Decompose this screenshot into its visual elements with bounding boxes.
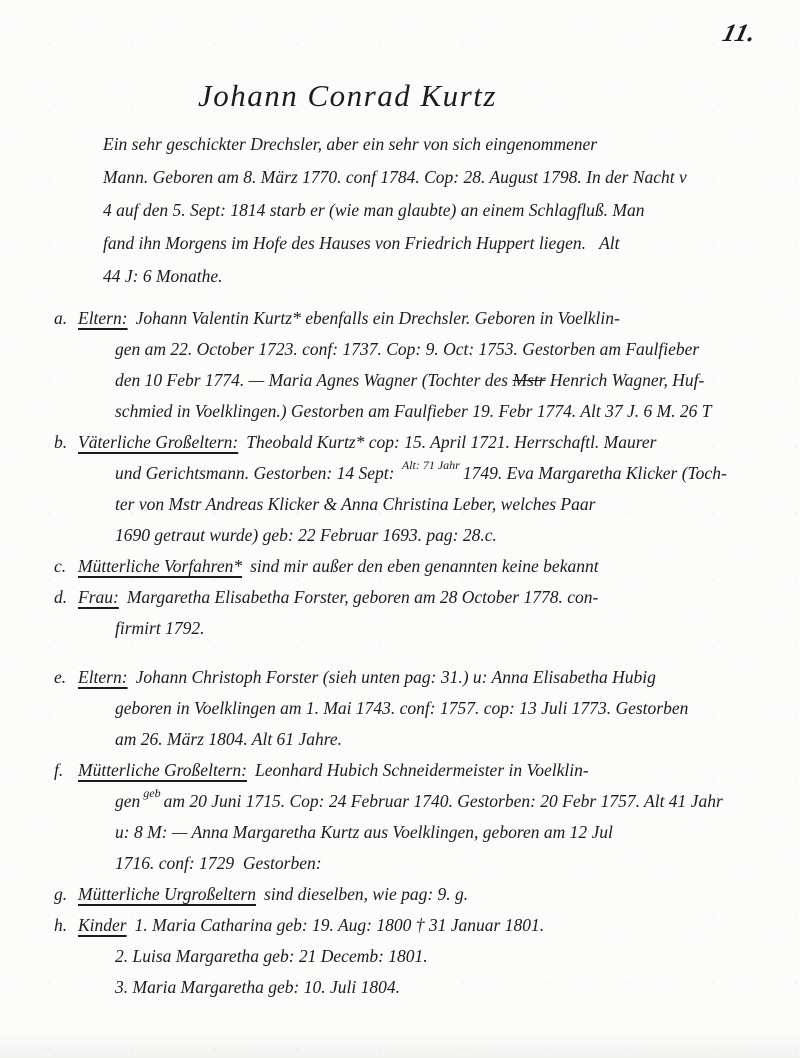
text-line: ter von Mstr Andreas Klicker & Anna Chri…	[115, 489, 794, 520]
section-e-wife-parents: e. Eltern:Johann Christoph Forster (sieh…	[0, 662, 794, 755]
text-line: Eltern:Johann Valentin Kurtz* ebenfalls …	[78, 303, 794, 334]
text-run: den 10 Febr 1774. — Maria Agnes Wagner (…	[115, 370, 512, 390]
text-line: Mütterliche Großeltern:Leonhard Hubich S…	[78, 755, 794, 786]
text-run: 1749. Eva Margaretha Klicker (Toch-	[463, 463, 727, 483]
text-run: gen	[115, 791, 140, 811]
scan-edge-artifact	[0, 1032, 800, 1058]
page-title: Johann Conrad Kurtz	[198, 76, 800, 116]
section-f-maternal-grandparents: f. Mütterliche Großeltern:Leonhard Hubic…	[0, 755, 794, 879]
section-h-children: h. Kinder1. Maria Catharina geb: 19. Aug…	[0, 910, 794, 1003]
section-letter: c.	[54, 551, 66, 582]
text-run: Leonhard Hubich Schneidermeister in Voel…	[255, 760, 589, 780]
text-run: Henrich Wagner, Huf-	[546, 370, 705, 390]
section-letter: g.	[54, 879, 67, 910]
section-label: Eltern:	[78, 308, 128, 328]
section-c-maternal-ancestors: c. Mütterliche Vorfahren*sind mir außer …	[0, 551, 794, 582]
section-letter: e.	[54, 662, 66, 693]
section-label: Kinder	[78, 915, 127, 935]
section-d-wife: d. Frau:Margaretha Elisabetha Forster, g…	[0, 582, 794, 644]
section-letter: d.	[54, 582, 67, 613]
text-line: geboren in Voelklingen am 1. Mai 1743. c…	[115, 693, 794, 724]
section-label: Frau:	[78, 587, 119, 607]
text-line: am 26. März 1804. Alt 61 Jahre.	[115, 724, 794, 755]
intro-line-2: Mann. Geboren am 8. März 1770. conf 1784…	[103, 161, 786, 194]
intro-line-3: 4 auf den 5. Sept: 1814 starb er (wie ma…	[103, 194, 786, 227]
intro-paragraph: Ein sehr geschickter Drechsler, aber ein…	[103, 128, 786, 293]
text-line: gengebam 20 Juni 1715. Cop: 24 Februar 1…	[115, 786, 794, 817]
text-line: 1690 getraut wurde) geb: 22 Februar 1693…	[115, 520, 794, 551]
page-number: 11.	[720, 20, 760, 48]
text-run: 1. Maria Catharina geb: 19. Aug: 1800 † …	[135, 915, 544, 935]
section-label: Väterliche Großeltern:	[78, 432, 238, 452]
text-run: Margaretha Elisabetha Forster, geboren a…	[127, 587, 598, 607]
section-label: Mütterliche Großeltern:	[78, 760, 247, 780]
text-run: sind mir außer den eben genannten keine …	[250, 556, 598, 576]
manuscript-page: 11. Johann Conrad Kurtz Ein sehr geschic…	[0, 0, 800, 1058]
intro-line-1: Ein sehr geschickter Drechsler, aber ein…	[103, 128, 786, 161]
text-line: Mütterliche Urgroßelternsind dieselben, …	[78, 879, 794, 910]
text-line: Mütterliche Vorfahren*sind mir außer den…	[78, 551, 794, 582]
text-line: Väterliche Großeltern:Theobald Kurtz* co…	[78, 427, 794, 458]
text-line: und Gerichtsmann. Gestorben: 14 Sept: Al…	[115, 458, 794, 489]
section-letter: h.	[54, 910, 67, 941]
text-line: firmirt 1792.	[115, 613, 794, 644]
text-line: schmied in Voelklingen.) Gestorben am Fa…	[115, 396, 794, 427]
section-letter: b.	[54, 427, 67, 458]
text-line: Kinder1. Maria Catharina geb: 19. Aug: 1…	[78, 910, 794, 941]
text-run: und Gerichtsmann. Gestorben: 14 Sept:	[115, 463, 399, 483]
text-line: den 10 Febr 1774. — Maria Agnes Wagner (…	[115, 365, 794, 396]
text-run: Johann Valentin Kurtz* ebenfalls ein Dre…	[136, 308, 620, 328]
section-a-parents: a. Eltern:Johann Valentin Kurtz* ebenfal…	[0, 303, 794, 427]
text-line: 1716. conf: 1729 Gestorben:	[115, 848, 794, 879]
text-line: Frau:Margaretha Elisabetha Forster, gebo…	[78, 582, 794, 613]
text-run: Theobald Kurtz* cop: 15. April 1721. Her…	[246, 432, 656, 452]
section-letter: a.	[54, 303, 67, 334]
section-label: Mütterliche Vorfahren*	[78, 556, 242, 576]
section-label: Eltern:	[78, 667, 128, 687]
section-label: Mütterliche Urgroßeltern	[78, 884, 256, 904]
text-line: Eltern:Johann Christoph Forster (sieh un…	[78, 662, 794, 693]
text-run: sind dieselben, wie pag: 9. g.	[264, 884, 468, 904]
text-line: 2. Luisa Margaretha geb: 21 Decemb: 1801…	[115, 941, 794, 972]
text-line: 3. Maria Margaretha geb: 10. Juli 1804.	[115, 972, 794, 1003]
struck-word: Mstr	[512, 370, 545, 390]
text-line: gen am 22. October 1723. conf: 1737. Cop…	[115, 334, 794, 365]
section-letter: f.	[54, 755, 63, 786]
section-g-maternal-great-grandparents: g. Mütterliche Urgroßelternsind dieselbe…	[0, 879, 794, 910]
intro-line-4: fand ihn Morgens im Hofe des Hauses von …	[103, 227, 786, 260]
text-line: u: 8 M: — Anna Margaretha Kurtz aus Voel…	[115, 817, 794, 848]
text-run: am 20 Juni 1715. Cop: 24 Februar 1740. G…	[164, 791, 723, 811]
section-b-paternal-grandparents: b. Väterliche Großeltern:Theobald Kurtz*…	[0, 427, 794, 551]
intro-line-5: 44 J: 6 Monathe.	[103, 260, 786, 293]
text-run: Johann Christoph Forster (sieh unten pag…	[136, 667, 656, 687]
